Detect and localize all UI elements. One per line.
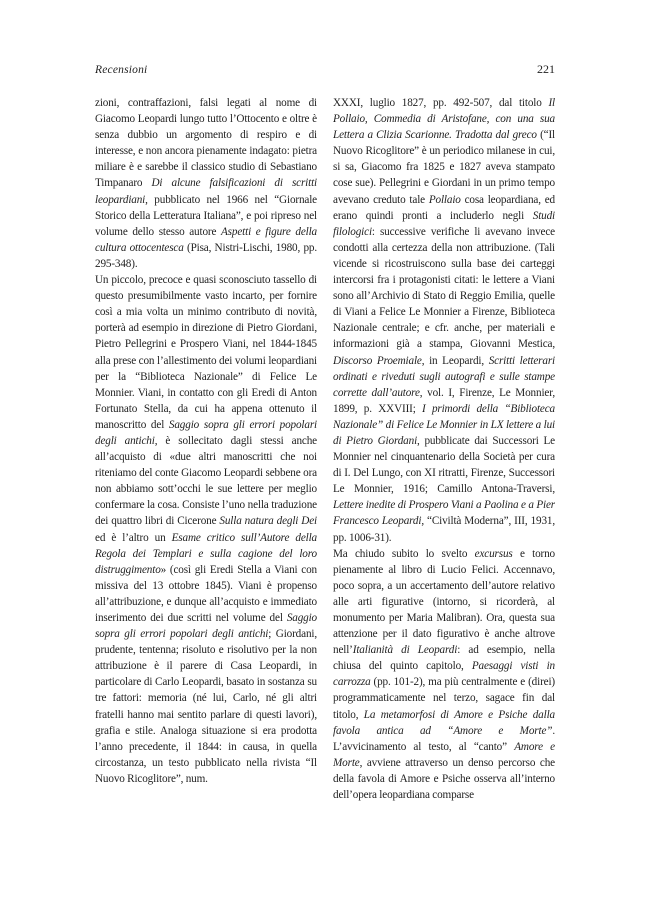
text-columns: zioni, contraffazioni, falsi legati al n… <box>95 95 555 837</box>
text-run: , in Leopardi, <box>422 355 489 367</box>
text-run: , avviene attraverso un denso percorso c… <box>333 757 555 801</box>
italic-run: excursus <box>475 548 513 560</box>
text-run: zioni, contraffazioni, falsi legati al n… <box>95 97 317 189</box>
text-run: e torno pienamente al libro di Lucio Fel… <box>333 548 555 657</box>
column-left: zioni, contraffazioni, falsi legati al n… <box>95 95 317 837</box>
paragraph: Ma chiudo subito lo svelto excursus e to… <box>333 546 555 804</box>
column-right: XXXI, luglio 1827, pp. 492-507, dal tito… <box>333 95 555 837</box>
text-run: ed è l’altro un <box>95 532 172 544</box>
italic-run: Italianità di Leopardi <box>353 644 457 656</box>
running-header: Recensioni 221 <box>95 62 555 77</box>
text-run: XXXI, luglio 1827, pp. 492-507, dal tito… <box>333 97 548 109</box>
text-run: : successive verifiche li avevano invece… <box>333 226 555 351</box>
text-run: ; Giordani, prudente, tentenna; risoluto… <box>95 628 317 785</box>
italic-run: Pollaio <box>429 194 461 206</box>
running-title: Recensioni <box>95 64 147 76</box>
italic-run: Sulla natura degli Dei <box>219 515 317 527</box>
italic-run: Discorso Proemiale <box>333 355 422 367</box>
text-run: Ma chiudo subito lo svelto <box>333 548 475 560</box>
paragraph: Un piccolo, precoce e quasi sconosciuto … <box>95 272 317 787</box>
text-run: , è sollecitato dagli stessi anche all’a… <box>95 435 317 527</box>
text-run: Un piccolo, precoce e quasi sconosciuto … <box>95 274 317 431</box>
paragraph: zioni, contraffazioni, falsi legati al n… <box>95 95 317 272</box>
italic-run: La metamorfosi di Amore e Psiche dalla f… <box>333 709 555 737</box>
paragraph: XXXI, luglio 1827, pp. 492-507, dal tito… <box>333 95 555 546</box>
page-number: 221 <box>537 62 555 77</box>
document-page: Recensioni 221 zioni, contraffazioni, fa… <box>0 0 650 918</box>
